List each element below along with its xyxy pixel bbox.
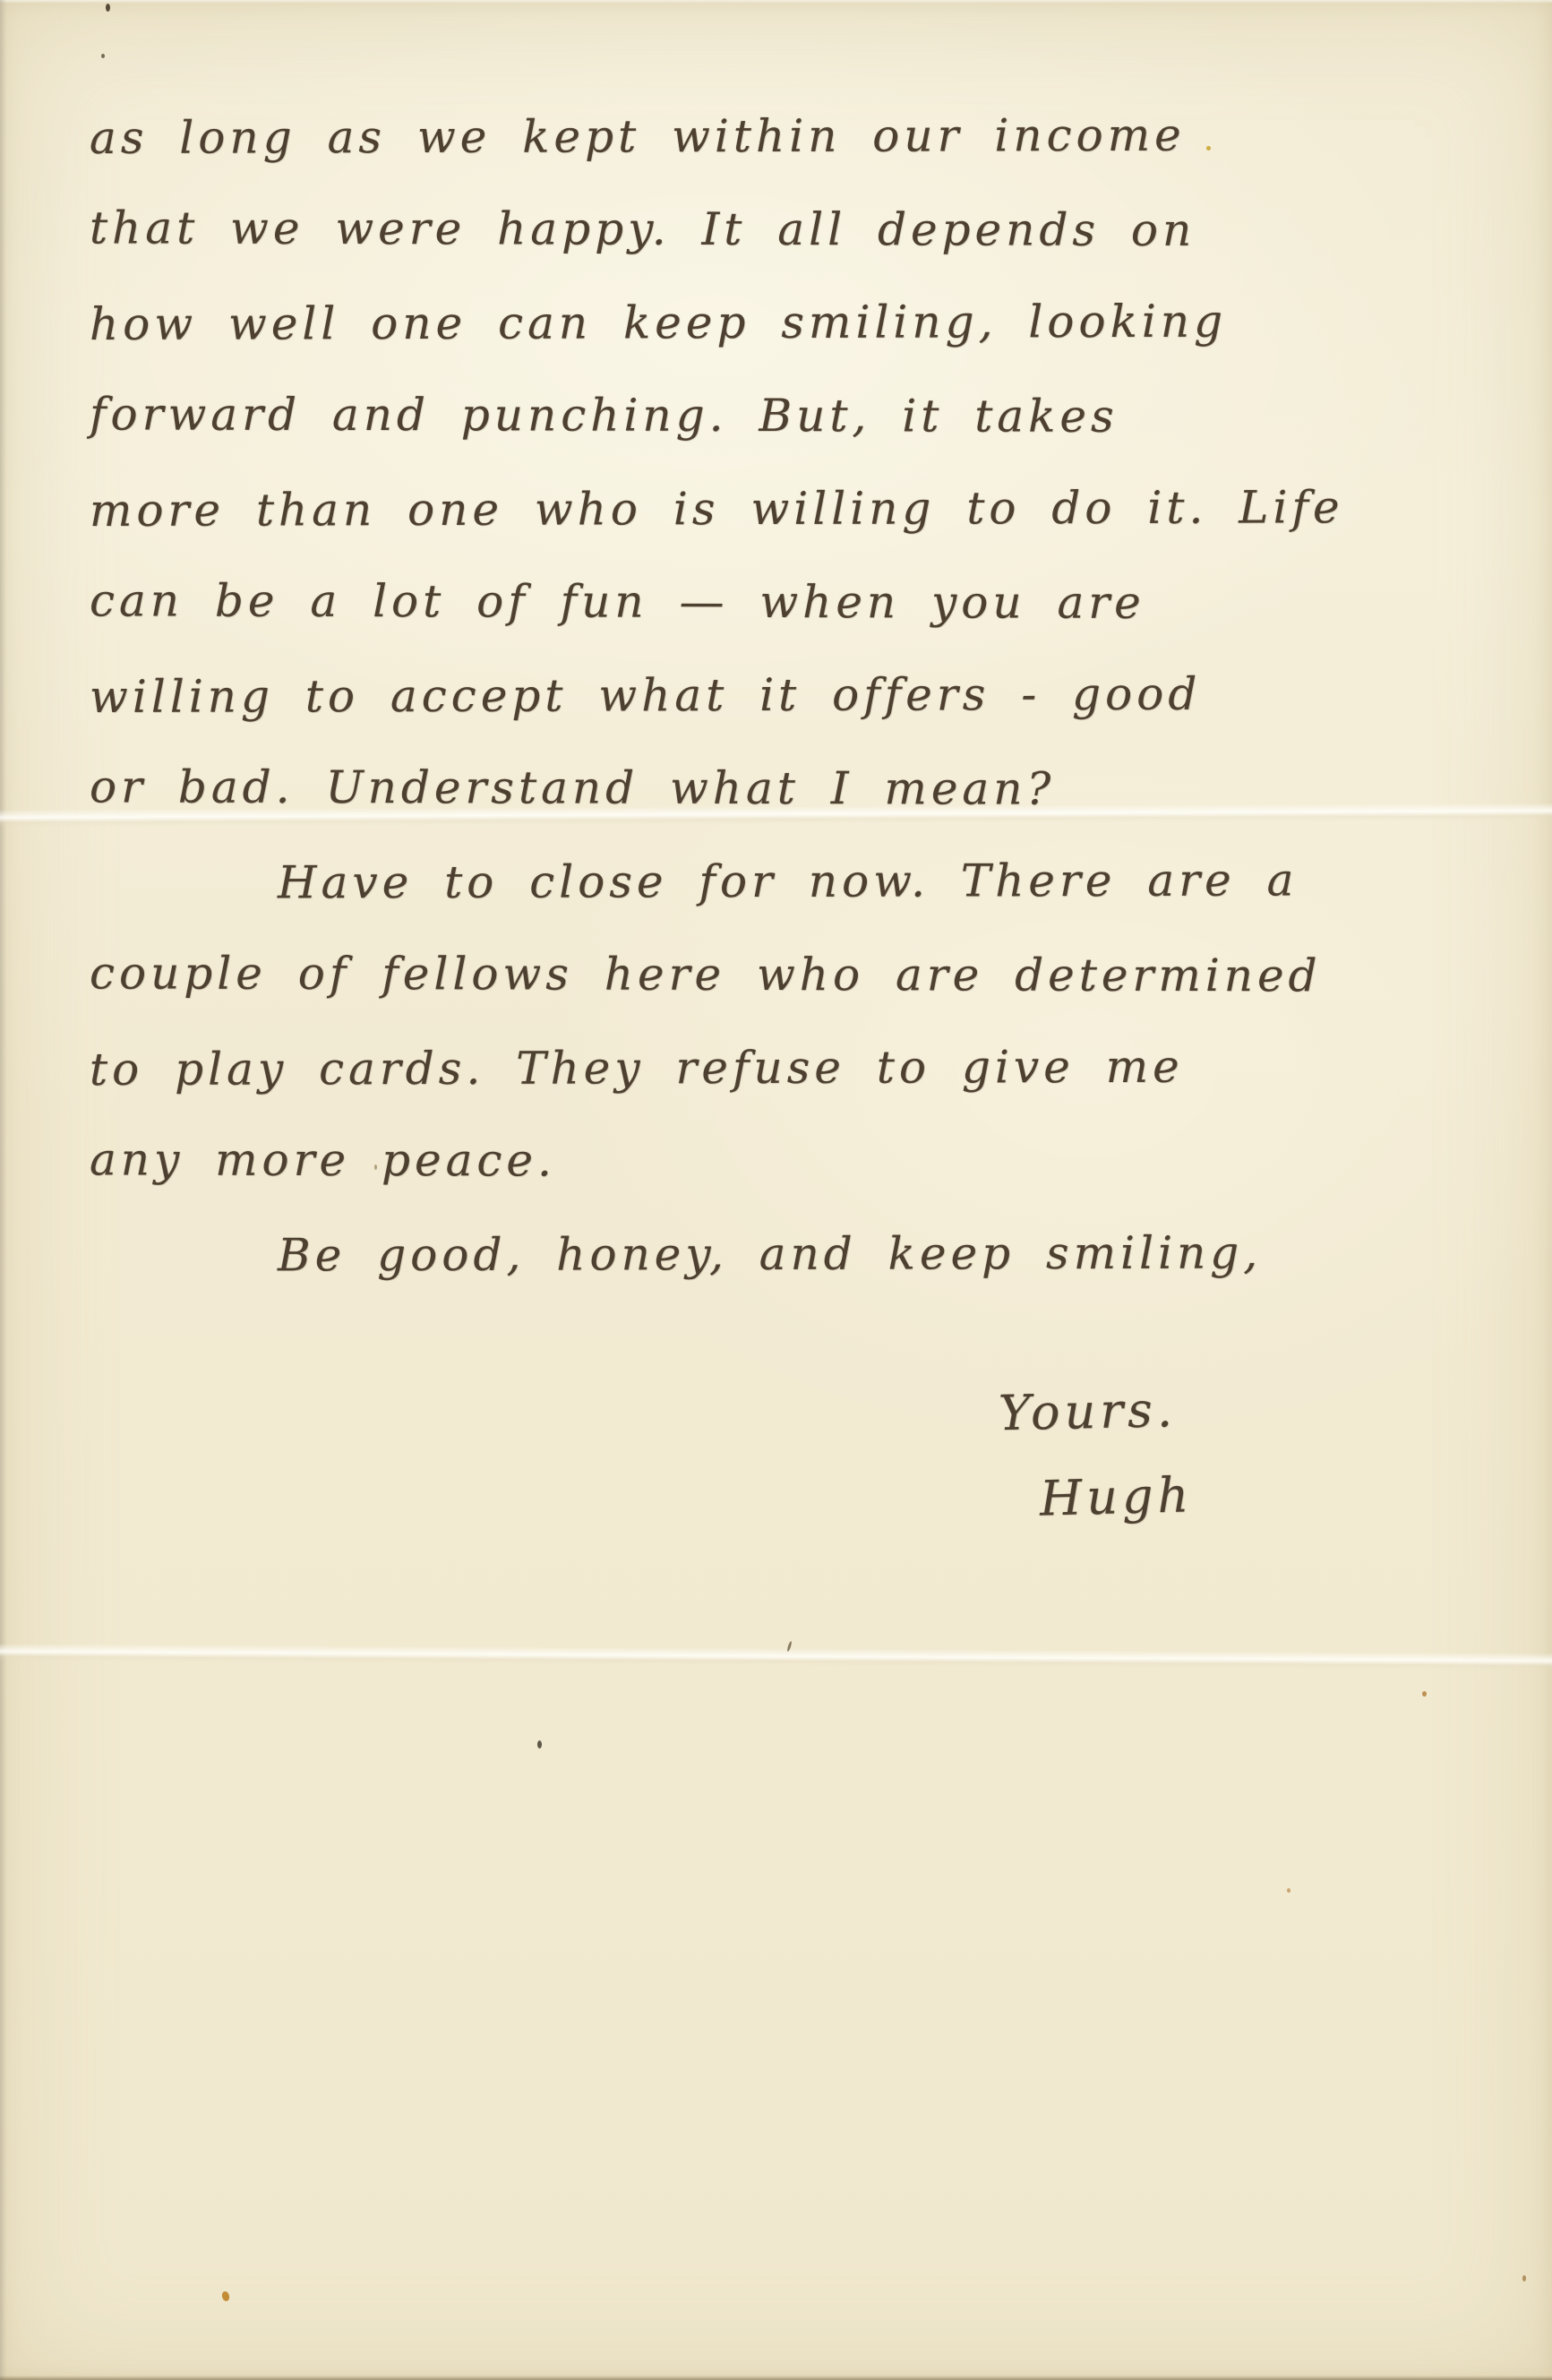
handwriting-line: couple of fellows here who are determine… (90, 926, 1442, 1022)
signature: Hugh (998, 1452, 1195, 1543)
paper-edge-left (0, 0, 6, 2380)
valediction: Yours. (998, 1367, 1194, 1457)
handwriting-line: any more peace. (90, 1113, 1442, 1208)
paper-speck (1287, 1888, 1290, 1893)
handwriting-line: Have to close for now. There are a (90, 833, 1442, 930)
letter-page: as long as we kept within our income tha… (0, 0, 1552, 2380)
paper-speck (101, 54, 105, 58)
letter-body: as long as we kept within our income tha… (90, 90, 1442, 1301)
fold-crease-lower (0, 1644, 1552, 1671)
handwriting-line: how well one can keep smiling, looking (90, 274, 1442, 371)
paper-speck (106, 4, 110, 12)
handwriting-line: or bad. Understand what I mean? (90, 740, 1442, 836)
paper-edge-top (0, 0, 1552, 4)
handwriting-line: more than one who is willing to do it. L… (90, 460, 1442, 557)
letter-closing: Yours. Hugh (999, 1369, 1193, 1541)
handwriting-line: to play cards. They refuse to give me (90, 1019, 1442, 1116)
handwriting-line: that we were happy. It all depends on (90, 181, 1442, 277)
paper-edge-bottom (0, 2376, 1552, 2380)
handwriting-line: Be good, honey, and keep smiling, (90, 1206, 1442, 1302)
handwriting-line: willing to accept what it offers - good (90, 647, 1442, 743)
paper-speck (221, 2290, 230, 2302)
paper-speck (1422, 1691, 1427, 1697)
handwriting-line: can be a lot of fun — when you are (90, 554, 1442, 649)
paper-speck (1522, 2275, 1526, 2281)
paper-speck (537, 1740, 542, 1748)
handwriting-line: forward and punching. But, it takes (90, 367, 1442, 463)
handwriting-line: as long as we kept within our income (90, 88, 1442, 185)
